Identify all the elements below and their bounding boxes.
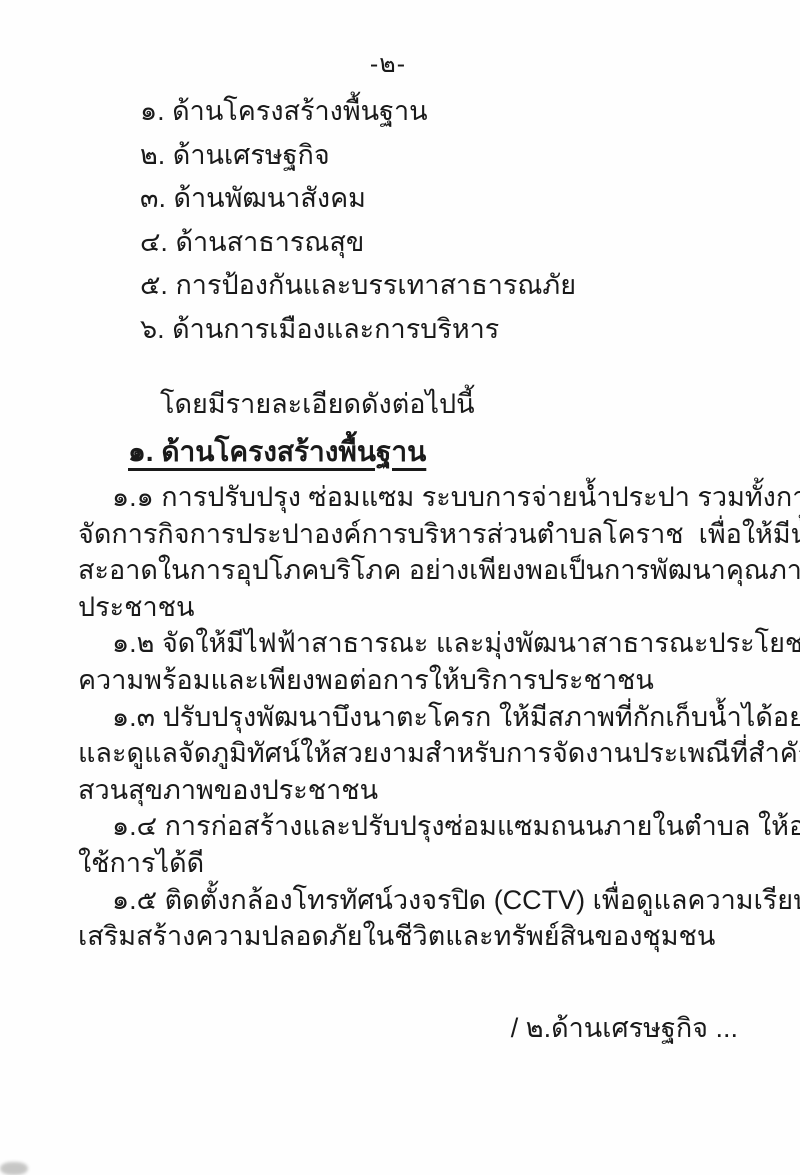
paragraph-line: ใช้การได้ดี — [78, 845, 746, 882]
paragraph-line: ๑.๒ จัดให้มีไฟฟ้าสาธารณะ และมุ่งพัฒนาสาธ… — [78, 625, 746, 662]
intro-line: โดยมีรายละเอียดดังต่อไปนี้ — [160, 382, 475, 425]
paragraph-line: ประชาชน — [78, 589, 746, 626]
paragraph-line: สวนสุขภาพของประชาชน — [78, 772, 746, 809]
list-item: ๖. ด้านการเมืองและการบริหาร — [140, 314, 576, 358]
list-item: ๕. การป้องกันและบรรเทาสาธารณภัย — [140, 270, 576, 314]
paragraph-line: สะอาดในการอุปโภคบริโภค อย่างเพียงพอเป็นก… — [78, 552, 746, 589]
list-item: ๔. ด้านสาธารณสุข — [140, 227, 576, 271]
section-body: ๑.๑ การปรับปรุง ซ่อมแซม ระบบการจ่ายน้ำปร… — [78, 479, 746, 955]
list-item: ๑. ด้านโครงสร้างพื้นฐาน — [140, 96, 576, 140]
paragraph-line: เสริมสร้างความปลอดภัยในชีวิตและทรัพย์สิน… — [78, 918, 746, 955]
paragraph-line: ๑.๔ การก่อสร้างและปรับปรุงซ่อมแซมถนนภายใ… — [78, 808, 746, 845]
document-page: -๒- ๑. ด้านโครงสร้างพื้นฐาน ๒. ด้านเศรษฐ… — [0, 0, 800, 1175]
paragraph-line: ๑.๑ การปรับปรุง ซ่อมแซม ระบบการจ่ายน้ำปร… — [78, 479, 746, 516]
page-number: -๒- — [0, 44, 776, 84]
list-item: ๒. ด้านเศรษฐกิจ — [140, 140, 576, 184]
continuation-note: / ๒.ด้านเศรษฐกิจ ... — [511, 1006, 738, 1049]
paragraph-line: ความพร้อมและเพียงพอต่อการให้บริการประชาช… — [78, 662, 746, 699]
paragraph-line: และดูแลจัดภูมิทัศน์ให้สวยงามสำหรับการจัด… — [78, 735, 746, 772]
topic-list: ๑. ด้านโครงสร้างพื้นฐาน ๒. ด้านเศรษฐกิจ … — [140, 96, 576, 357]
scan-artifact — [0, 1162, 28, 1175]
list-item: ๓. ด้านพัฒนาสังคม — [140, 183, 576, 227]
paragraph-line: จัดการกิจการประปาองค์การบริหารส่วนตำบลโค… — [78, 516, 746, 553]
section-heading: ๑. ด้านโครงสร้างพื้นฐาน — [128, 430, 426, 474]
paragraph-line: ๑.๓ ปรับปรุงพัฒนาบึงนาตะโครก ให้มีสภาพที… — [78, 699, 746, 736]
paragraph-line: ๑.๕ ติดตั้งกล้องโทรทัศน์วงจรปิด (CCTV) เ… — [78, 882, 746, 919]
